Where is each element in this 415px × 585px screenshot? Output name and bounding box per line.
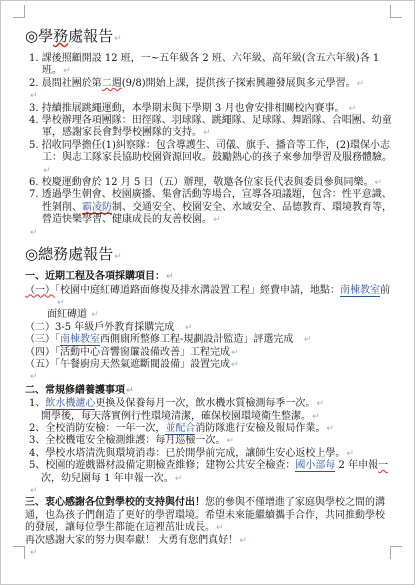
maint-fire-safety: 2、全校消防安檢：一年一次，並配合消防隊進行安檢及報局作業。↵ (29, 423, 393, 435)
project-brick-road: （一）「校園中庭紅磚道路面修復及排水溝設置工程」經費申請，地點：南棟教室前↵ (25, 285, 393, 310)
general-affairs-title: ◎總務處報告↵ (25, 244, 393, 267)
thanks-closing: 再次感謝大家的努力與奉獻！ 大勇有您們真好！↵ (25, 535, 393, 547)
paragraph-mark: ↵ (326, 424, 334, 434)
text-run: 更換及保養每月一次，飲水機水質檢測每季一次。 (95, 398, 315, 409)
heading-maintenance: 二、常規修繕養護事項↵ (25, 385, 393, 397)
text-run: 2. 晨間社團於第 (29, 78, 102, 89)
paragraph-mark: ↵ (175, 474, 183, 484)
paragraph-mark: ↵ (114, 34, 122, 44)
text-run-blue: 並配合 (165, 423, 195, 435)
paragraph-mark: ↵ (126, 386, 134, 396)
text-run: 前 (380, 285, 390, 296)
paragraph-mark: ↵ (30, 548, 38, 558)
text-run: 處報告 (68, 27, 113, 45)
maint-playground-inspection: 5、校園的遊戲器材設備定期檢查維修；建物公共安全檢查：國小部每 2 年申報一次，… (29, 460, 393, 485)
paragraph-mark: ↵ (349, 104, 357, 114)
paragraph-mark: ↵ (57, 298, 65, 308)
paragraph-mark: ↵ (91, 310, 99, 320)
maint-electromechanical: 3、全校機電安全檢測維護：每月巡檢一次。↵ (29, 435, 393, 447)
document-page: ◎學務處報告↵1. 課後照顧開設 12 班，一~五年級各 2 班、六年級、高年級… (0, 0, 415, 585)
text-run: 3. 持續推展跳繩運動，本學期末與下學期 3 月也會安排相關校內賽事。 (29, 103, 348, 114)
text-run: 開學後，每天落實例行性環境清潔，確保校園環境衛生整潔。 (41, 411, 311, 422)
paragraph-mark: ↵ (43, 166, 51, 176)
text-run-blue-rw: 霸凌防 (82, 202, 112, 214)
paragraph-mark: ↵ (213, 215, 221, 225)
paragraph-mark: ↵ (375, 178, 383, 188)
text-run-blue: 飲水機濾心 (45, 398, 95, 410)
item-student-recruitment: 5. 招收同學擔任(1)糾察隊：包含導護生、司儀、旗手、播音等工作，(2)環保小… (29, 140, 393, 177)
project-brick-road-cont: 面紅磚道 ↵ (47, 309, 393, 321)
maint-water-filter-cont: 開學後，每天落實例行性環境清潔，確保校園環境衛生整潔。↵ (41, 411, 393, 423)
paragraph-mark: ↵ (316, 399, 324, 409)
text-run: 次，幼兒園每 1 年申報一次。 (41, 473, 174, 484)
paragraph-mark: ↵ (216, 523, 224, 533)
paragraph-mark: ↵ (30, 91, 38, 101)
project-gas-valve: （五）「午餐廚房天然氣遮斷閥設備」設置完成↵ (25, 359, 393, 371)
text-run: 3、全校機電安全檢測維護：每月巡檢一次。 (29, 435, 225, 446)
paragraph-mark: ↵ (63, 66, 71, 76)
text-run: （二）3-5 年級戶外教育採購完成 (25, 322, 184, 333)
text-run: 消防隊進行安檢及報局作業。 (195, 423, 325, 434)
blank-line: ↵ (29, 547, 393, 559)
text-run-rw: 二週 (102, 78, 122, 89)
text-run: （五）「午餐廚房天然氣遮斷閥設備」設置完成 (25, 359, 230, 370)
project-outdoor-education: （二）3-5 年級戶外教育採購完成 ↵ (25, 322, 393, 334)
paragraph-mark: ↵ (226, 436, 234, 446)
text-run-blue: 南棟教室 (340, 285, 380, 297)
blank-line: ↵ (29, 90, 393, 102)
item-sports-day: 6. 校慶運動會於 12 月 5 日（五）辦理，敬邀各位家長代表與委員參與同樂。… (29, 177, 393, 189)
item-school-teams: 4. 學校辦理各項團隊：田徑隊、羽球隊、跳繩隊、足球隊、舞蹈隊、合唱團、幼童軍，… (29, 115, 393, 140)
text-run: 2、全校消防安檢：一年一次， (29, 423, 165, 434)
heading-projects: 一、近期工程及各項採購項目：↵ (25, 271, 393, 283)
text-run: ◎學 (25, 27, 53, 45)
paragraph-mark: ↵ (357, 79, 365, 89)
blank-line: ↵ (29, 485, 393, 497)
text-run-b: 三、衷心感謝各位對學校的支持與付出！ (25, 497, 205, 508)
text-run-rw: 一 (378, 460, 388, 471)
blank-line: ↵ (29, 371, 393, 383)
paragraph-mark: ↵ (30, 372, 38, 382)
document-content: ◎學務處報告↵1. 課後照顧開設 12 班，一~五年級各 2 班、六年級、高年級… (25, 24, 393, 559)
text-run: 再次感謝大家的努力與奉獻！ 大勇有您們真好！ (25, 535, 238, 546)
text-run: 「校園中庭紅磚道路面修復及排水溝設置工程」經費申請，地點： (55, 285, 340, 296)
item-campaigns: 7. 透過學生朝會、校園廣播、集會活動等場合，宣導各項議題，包含：性平意識、性剝… (29, 189, 393, 226)
text-run: 5、校園的遊戲器材設備定期檢查維修；建物公共安全檢查： (29, 460, 295, 471)
blank-line: ↵ (29, 227, 393, 239)
paragraph-mark: ↵ (166, 272, 174, 282)
item-rope-skipping: 3. 持續推展跳繩運動，本學期末與下學期 3 月也會安排相關校內賽事。 ↵ (29, 103, 393, 115)
text-run: 1、 (29, 398, 45, 409)
thanks-paragraph: 三、衷心感謝各位對學校的支持與付出！您的參與不僅增進了家庭與學校之間的溝通，也為… (25, 497, 393, 534)
crop-mark-bottom-left (13, 546, 25, 559)
student-affairs-title: ◎學務處報告↵ (25, 26, 393, 49)
project-audio-curtain: （四）「活動中心音響窗簾設備改善」工程完成↵ (25, 347, 393, 359)
paragraph-mark: ↵ (239, 536, 247, 546)
paragraph-mark: ↵ (30, 228, 38, 238)
text-run: (9/8)開始上課，提供孩子探索興趣發展與多元學習。 (122, 78, 356, 89)
crop-mark-top-right (390, 5, 402, 18)
paragraph-mark: ↵ (231, 348, 239, 358)
text-run: ◎總務處報告 (25, 245, 113, 263)
item-afterschool-classes: 1. 課後照顧開設 12 班，一~五年級各 2 班、六年級、高年級(含五六年級)… (29, 53, 393, 78)
paragraph-mark: ↵ (304, 335, 312, 345)
text-run-b: 一、近期工程及各項採購項目： (25, 271, 165, 282)
text-run-rw: （一） (25, 285, 55, 296)
text-run: 1. 課後照顧開設 12 班，一~五年級各 2 班、六年級、高年級(含五六年級)… (29, 53, 379, 76)
text-run-rw: 務 (53, 27, 68, 45)
text-run: 面紅磚道 (47, 309, 90, 320)
paragraph-mark: ↵ (203, 128, 211, 138)
text-run: 4、學校水塔清洗與環境消毒：已於開學前完成，讓師生安心返校上學。 (29, 448, 345, 459)
maint-water-tower: 4、學校水塔清洗與環境消毒：已於開學前完成，讓師生安心返校上學。↵ (29, 448, 393, 460)
maint-water-filter: 1、飲水機濾心更換及保養每月一次，飲水機水質檢測每季一次。↵ (29, 398, 393, 410)
text-run: 2 年申報 (335, 460, 378, 471)
text-run-b: 二、常規修繕養護事項 (25, 385, 125, 396)
text-run: 6. 校慶運動會於 12 月 5 日（五）辦理，敬邀各位家長代表與委員參與同樂。 (29, 177, 374, 188)
text-run: 西側廁所整修工程-規劃設計監造」評選完成 (100, 334, 303, 345)
text-run: （三）「 (25, 334, 60, 345)
paragraph-mark: ↵ (30, 486, 38, 496)
paragraph-mark: ↵ (185, 323, 193, 333)
crop-mark-top-left (13, 5, 25, 18)
text-run-blue: 南棟教室 (60, 334, 100, 346)
paragraph-mark: ↵ (231, 360, 239, 370)
paragraph-mark: ↵ (346, 449, 354, 459)
project-toilet-renovation: （三）「南棟教室西側廁所整修工程-規劃設計監造」評選完成 ↵ (25, 334, 393, 346)
text-run: 5. 招收同學擔任(1)糾察隊：包含導護生、司儀、旗手、播音等工作，(2)環保小… (29, 140, 392, 163)
text-run: （四）「活動中心音響窗簾設備改善」工程完成 (25, 347, 230, 358)
item-morning-clubs: 2. 晨間社團於第二週(9/8)開始上課，提供孩子探索興趣發展與多元學習。↵ (29, 78, 393, 90)
text-run-blue: 國小部每 (295, 460, 335, 472)
paragraph-mark: ↵ (312, 412, 320, 422)
paragraph-mark: ↵ (114, 252, 122, 262)
